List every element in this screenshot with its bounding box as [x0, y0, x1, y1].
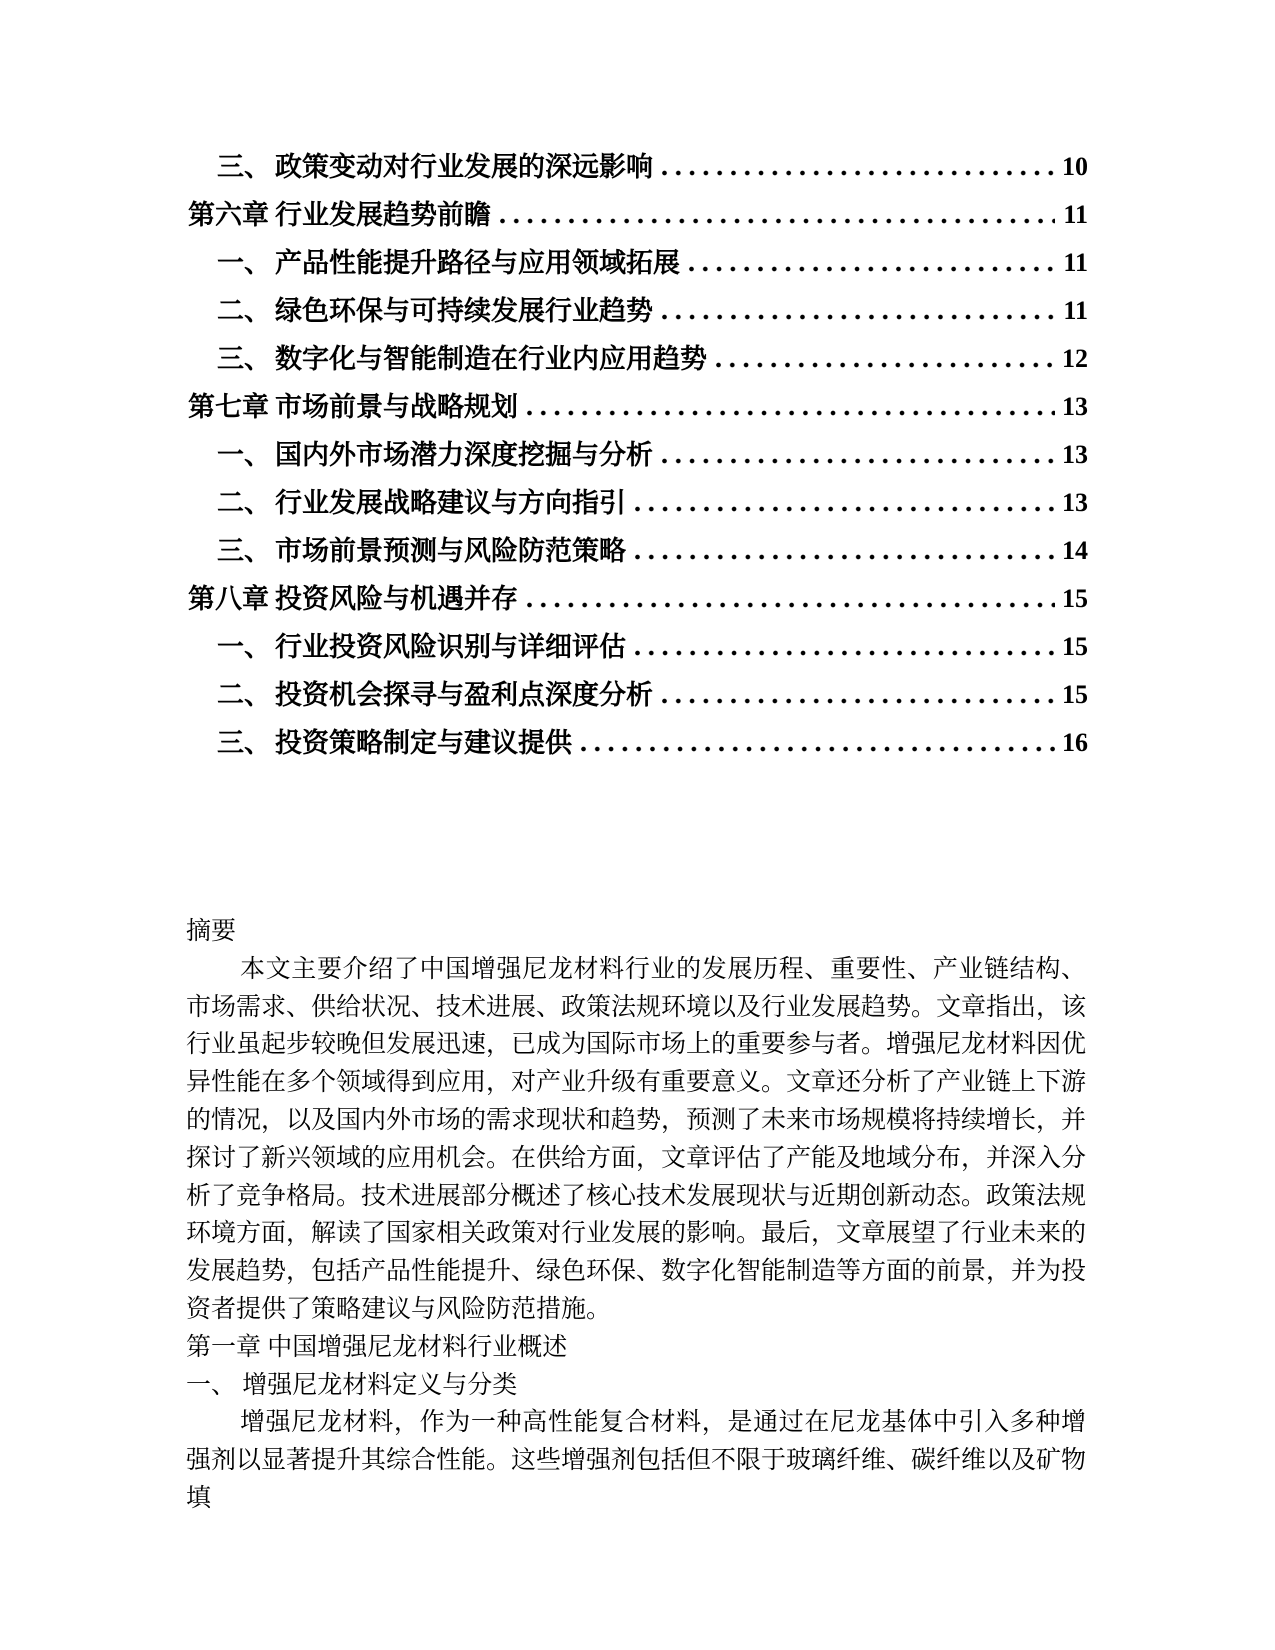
toc-entry-number: 二、 [217, 671, 275, 719]
abstract-paragraph: 本文主要介绍了中国增强尼龙材料行业的发展历程、重要性、产业链结构、市场需求、供给… [186, 951, 1086, 1329]
toc-entry-number: 三、 [217, 335, 275, 383]
toc-chapter-number: 第六章 [188, 191, 275, 239]
toc-entry-number: 三、 [217, 719, 275, 767]
table-of-contents: 三、 政策变动对行业发展的深远影响 10 第六章 行业发展趋势前瞻 11 一、 … [188, 143, 1088, 767]
toc-page-number: 11 [1058, 287, 1088, 335]
toc-entry: 三、 数字化与智能制造在行业内应用趋势 12 [188, 335, 1088, 383]
dot-leader [662, 458, 1055, 464]
toc-entry-number: 一、 [217, 431, 275, 479]
toc-entry: 一、 产品性能提升路径与应用领域拓展 11 [188, 239, 1088, 287]
toc-entry: 三、 市场前景预测与风险防范策略 14 [188, 527, 1088, 575]
toc-chapter-entry: 第八章 投资风险与机遇并存 15 [188, 575, 1088, 623]
toc-entry-title: 国内外市场潜力深度挖掘与分析 [275, 431, 653, 479]
dot-leader [662, 698, 1055, 704]
toc-page-number: 11 [1058, 191, 1088, 239]
toc-chapter-title: 市场前景与战略规划 [275, 383, 518, 431]
toc-entry: 三、 投资策略制定与建议提供 16 [188, 719, 1088, 767]
dot-leader [635, 650, 1055, 656]
toc-entry-number: 二、 [217, 287, 275, 335]
abstract-heading: 摘要 [186, 913, 1086, 951]
toc-chapter-number: 第七章 [188, 383, 275, 431]
toc-chapter-entry: 第七章 市场前景与战略规划 13 [188, 383, 1088, 431]
document-body: 摘要 本文主要介绍了中国增强尼龙材料行业的发展历程、重要性、产业链结构、市场需求… [186, 913, 1086, 1518]
chapter-1-heading: 第一章 中国增强尼龙材料行业概述 [186, 1329, 1086, 1367]
chapter-1-paragraph: 增强尼龙材料，作为一种高性能复合材料，是通过在尼龙基体中引入多种增强剂以显著提升… [186, 1404, 1086, 1517]
toc-chapter-title: 行业发展趋势前瞻 [275, 191, 491, 239]
toc-entry: 三、 政策变动对行业发展的深远影响 10 [188, 143, 1088, 191]
toc-chapter-number: 第八章 [188, 575, 275, 623]
toc-entry-title: 市场前景预测与风险防范策略 [275, 527, 626, 575]
dot-leader [500, 218, 1055, 224]
toc-page-number: 11 [1058, 239, 1088, 287]
dot-leader [662, 170, 1055, 176]
dot-leader [527, 602, 1055, 608]
toc-entry-title: 产品性能提升路径与应用领域拓展 [275, 239, 680, 287]
toc-page-number: 13 [1058, 383, 1088, 431]
dot-leader [662, 314, 1055, 320]
toc-entry-number: 三、 [217, 143, 275, 191]
toc-entry-number: 一、 [217, 623, 275, 671]
toc-entry-number: 三、 [217, 527, 275, 575]
dot-leader [716, 362, 1055, 368]
toc-page-number: 16 [1058, 719, 1088, 767]
toc-entry: 二、 行业发展战略建议与方向指引 13 [188, 479, 1088, 527]
toc-page-number: 13 [1058, 479, 1088, 527]
toc-entry-title: 行业投资风险识别与详细评估 [275, 623, 626, 671]
toc-page-number: 15 [1058, 623, 1088, 671]
toc-page-number: 10 [1058, 143, 1088, 191]
toc-page-number: 13 [1058, 431, 1088, 479]
dot-leader [635, 506, 1055, 512]
toc-page-number: 12 [1058, 335, 1088, 383]
dot-leader [527, 410, 1055, 416]
toc-page-number: 14 [1058, 527, 1088, 575]
toc-entry-title: 绿色环保与可持续发展行业趋势 [275, 287, 653, 335]
dot-leader [635, 554, 1055, 560]
document-page: 三、 政策变动对行业发展的深远影响 10 第六章 行业发展趋势前瞻 11 一、 … [0, 0, 1275, 1650]
toc-entry-number: 二、 [217, 479, 275, 527]
toc-entry-title: 投资机会探寻与盈利点深度分析 [275, 671, 653, 719]
toc-chapter-entry: 第六章 行业发展趋势前瞻 11 [188, 191, 1088, 239]
toc-entry-title: 政策变动对行业发展的深远影响 [275, 143, 653, 191]
toc-entry-title: 投资策略制定与建议提供 [275, 719, 572, 767]
section-1-heading: 一、 增强尼龙材料定义与分类 [186, 1367, 1086, 1405]
dot-leader [689, 266, 1055, 272]
toc-entry: 一、 行业投资风险识别与详细评估 15 [188, 623, 1088, 671]
toc-entry: 一、 国内外市场潜力深度挖掘与分析 13 [188, 431, 1088, 479]
toc-entry: 二、 绿色环保与可持续发展行业趋势 11 [188, 287, 1088, 335]
toc-page-number: 15 [1058, 671, 1088, 719]
toc-entry-title: 行业发展战略建议与方向指引 [275, 479, 626, 527]
toc-entry: 二、 投资机会探寻与盈利点深度分析 15 [188, 671, 1088, 719]
dot-leader [581, 746, 1055, 752]
toc-entry-title: 数字化与智能制造在行业内应用趋势 [275, 335, 707, 383]
toc-chapter-title: 投资风险与机遇并存 [275, 575, 518, 623]
toc-entry-number: 一、 [217, 239, 275, 287]
toc-page-number: 15 [1058, 575, 1088, 623]
